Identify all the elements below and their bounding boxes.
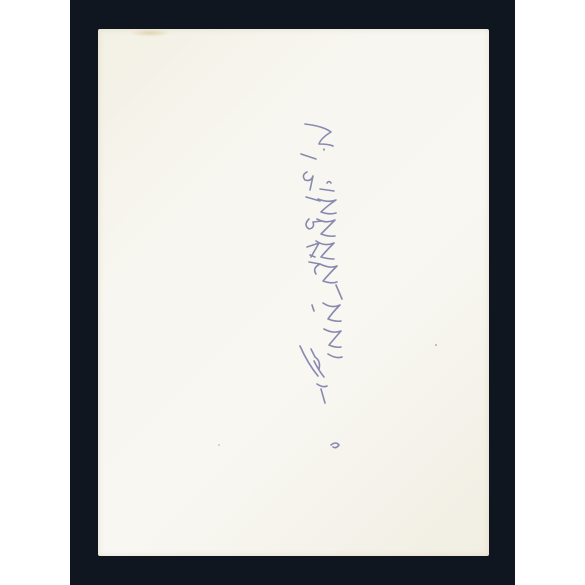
photo-back-paper (98, 29, 489, 556)
pencil-inscription (98, 29, 489, 556)
paper-stain (130, 29, 170, 37)
